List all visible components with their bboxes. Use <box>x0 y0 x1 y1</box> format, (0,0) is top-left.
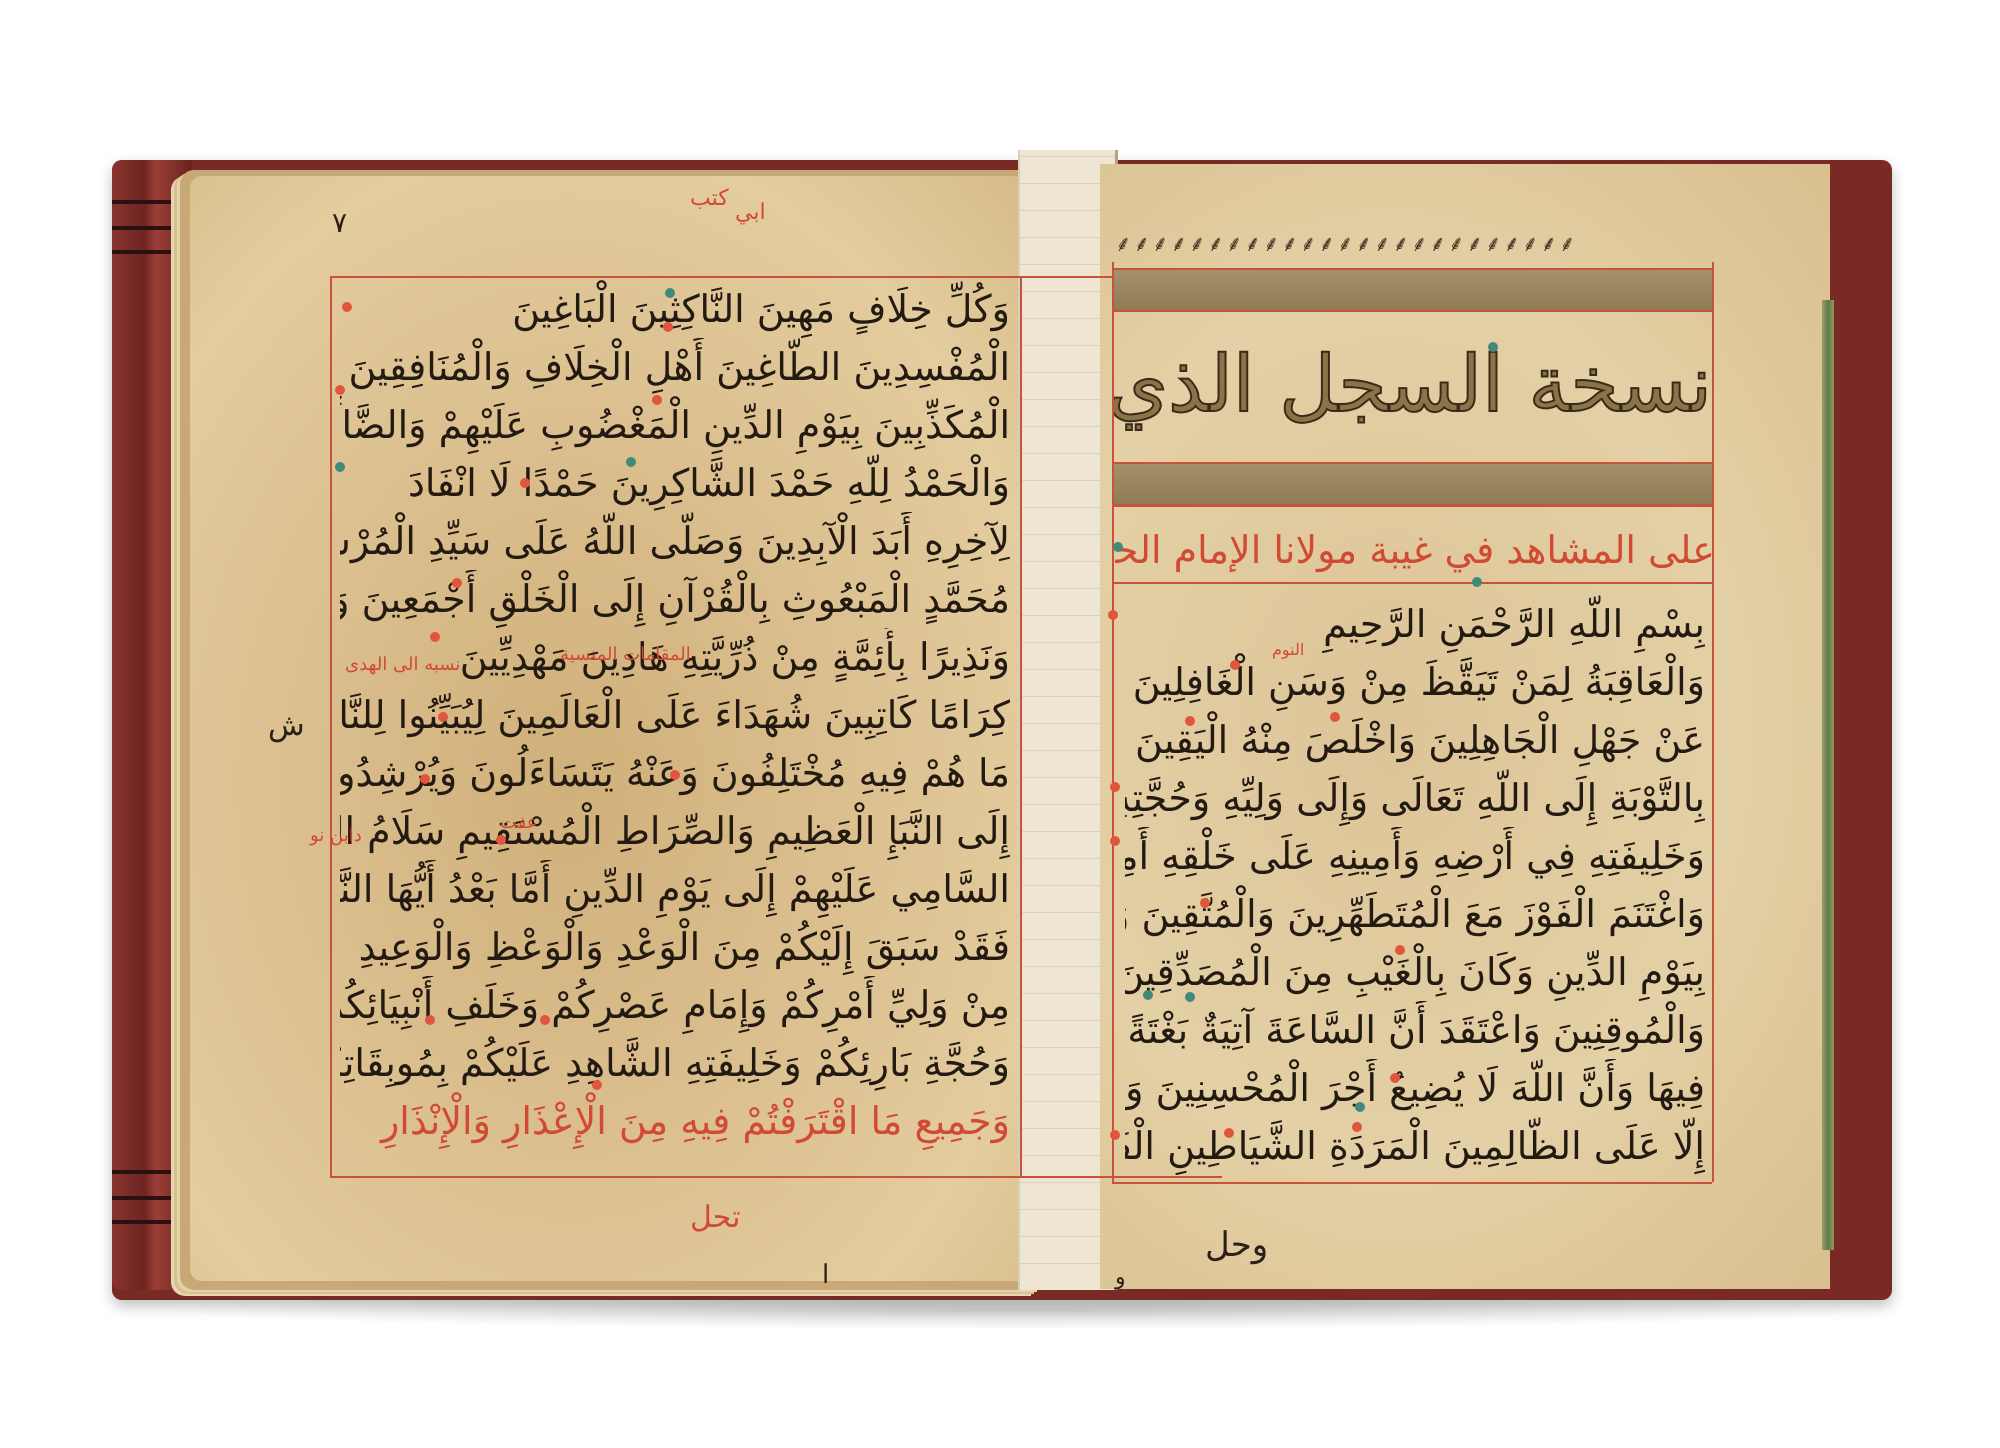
left-frame-right <box>1020 276 1022 1176</box>
verse-dot <box>1230 660 1240 670</box>
spine-rule <box>112 226 187 230</box>
interlinear-note: النوم <box>1272 640 1304 659</box>
verse-dot <box>1185 992 1195 1002</box>
verse-dot <box>626 457 636 467</box>
verse-dot <box>1488 342 1498 352</box>
rubric-subtitle: على المشاهد في غيبة مولانا الإمام الحاكم <box>1115 520 1715 580</box>
verse-dot <box>430 632 440 642</box>
verse-dot <box>496 835 506 845</box>
text-line: مُحَمَّدٍ الْمَبْعُوثِ بِالْقُرْآنِ إِلَ… <box>340 570 1010 628</box>
gold-band-bottom <box>1112 462 1712 506</box>
margin-note: ش <box>268 708 305 743</box>
spine-rule <box>112 1220 187 1224</box>
interlinear-note: المقامات المنسية <box>560 644 691 665</box>
verse-dot <box>652 395 662 405</box>
page-edge-green <box>1822 300 1834 1250</box>
spine-rule <box>112 200 187 204</box>
text-line: الْمُكَذِّبِينَ بِيَوْمِ الدِّينِ الْمَغ… <box>340 396 1010 454</box>
right-page-text: بِسْمِ اللَّهِ الرَّحْمَنِ الرَّحِيمِ وَ… <box>1125 595 1705 1175</box>
verse-dot <box>1224 1128 1234 1138</box>
text-line: وَالْعَاقِبَةُ لِمَنْ تَيَقَّظَ مِنْ وَس… <box>1125 653 1705 711</box>
verse-dot <box>663 322 673 332</box>
right-frame-left <box>1112 262 1114 1182</box>
right-frame-right <box>1712 262 1714 1182</box>
gold-band-top <box>1112 268 1712 312</box>
verse-dot <box>1355 1102 1365 1112</box>
header-rule <box>1112 582 1712 584</box>
verse-dot <box>1185 716 1195 726</box>
verse-dot <box>1110 782 1120 792</box>
text-line: وَحُجَّةِ بَارِئِكُمْ وَخَلِيفَتِهِ الشَ… <box>340 1034 1010 1092</box>
text-line: وَخَلِيفَتِهِ فِي أَرْضِهِ وَأَمِينِهِ ع… <box>1125 827 1705 885</box>
verse-dot <box>1390 1073 1400 1083</box>
verse-dot <box>1330 712 1340 722</box>
verse-dot <box>1108 610 1118 620</box>
text-line: إِلَّا عَلَى الظَّالِمِينَ الْمَرَدَةِ ا… <box>1125 1117 1705 1175</box>
verse-dot <box>335 385 345 395</box>
bottom-mark: و <box>1115 1265 1126 1290</box>
verse-dot <box>1200 898 1210 908</box>
verse-dot <box>342 302 352 312</box>
verse-dot <box>452 578 462 588</box>
text-line: عَنْ جَهْلِ الْجَاهِلِينَ وَاخْلَصَ مِنْ… <box>1125 711 1705 769</box>
bottom-mark: ا <box>822 1260 829 1290</box>
text-line-rubric: وَجَمِيعِ مَا اقْتَرَفْتُمْ فِيهِ مِنَ ا… <box>340 1092 1010 1150</box>
left-frame-left <box>330 276 332 1176</box>
verse-dot <box>520 478 530 488</box>
interlinear-note: نسبه الى الهدى <box>345 654 460 675</box>
verse-dot <box>1395 945 1405 955</box>
text-line: وَالْحَمْدُ لِلَّهِ حَمْدَ الشَّاكِرِينَ… <box>340 454 1010 512</box>
text-line: السَّامِي عَلَيْهِمْ إِلَى يَوْمِ الدِّي… <box>340 860 1010 918</box>
folio-mark: ٧ <box>332 206 347 239</box>
verse-dot <box>540 1015 550 1025</box>
text-line: فِيهَا وَأَنَّ اللَّهَ لَا يُضِيعُ أَجْر… <box>1125 1059 1705 1117</box>
verse-dot <box>670 770 680 780</box>
catchword-right: وحل <box>1205 1225 1268 1265</box>
interlinear-note: عفت <box>500 812 538 833</box>
verse-dot <box>1113 542 1123 552</box>
verse-dot <box>420 774 430 784</box>
margin-note: كتب <box>690 186 729 211</box>
text-line: بِالتَّوْبَةِ إِلَى اللَّهِ تَعَالَى وَإ… <box>1125 769 1705 827</box>
illuminated-title: نسخة السجل الذي وجد معلقا <box>1112 320 1712 450</box>
left-frame-top <box>330 276 1222 278</box>
verse-dot <box>335 462 345 472</box>
verse-dot <box>425 1015 435 1025</box>
text-line: إِلَى النَّبَإِ الْعَظِيمِ وَالصِّرَاطِ … <box>340 802 1010 860</box>
left-frame-bottom <box>330 1176 1222 1178</box>
verse-dot <box>665 288 675 298</box>
interlinear-note: دابن نو <box>310 825 362 846</box>
verse-dot <box>592 1080 602 1090</box>
text-line: فَقَدْ سَبَقَ إِلَيْكُمْ مِنَ الْوَعْدِ … <box>340 918 1010 976</box>
catchword-left: تحل <box>690 1200 740 1235</box>
text-line: الْمُفْسِدِينَ الطَّاغِينَ أَهْلِ الْخِل… <box>340 338 1010 396</box>
verse-dot <box>438 712 448 722</box>
right-frame-bottom <box>1112 1182 1712 1184</box>
verse-dot <box>1352 1122 1362 1132</box>
text-line: وَالْمُوقِنِينَ وَاعْتَقَدَ أَنَّ السَّا… <box>1125 1001 1705 1059</box>
spine-rule <box>112 1196 187 1200</box>
basmala: بِسْمِ اللَّهِ الرَّحْمَنِ الرَّحِيمِ <box>1125 595 1705 653</box>
ornamental-border: ⸙⸙⸙⸙⸙⸙⸙⸙⸙⸙⸙⸙⸙⸙⸙⸙⸙⸙⸙⸙⸙⸙⸙⸙⸙ <box>1115 228 1715 264</box>
verse-dot <box>1472 577 1482 587</box>
text-line: بِيَوْمِ الدِّينِ وَكَانَ بِالْغَيْبِ مِ… <box>1125 943 1705 1001</box>
header-rule <box>1112 505 1712 507</box>
text-line: وَكُلِّ خِلَافٍ مَهِينَ النَّاكِثِينَ ال… <box>340 280 1010 338</box>
spine-rule <box>112 1170 187 1174</box>
verse-dot <box>1110 836 1120 846</box>
margin-note: ابي <box>735 200 766 225</box>
verse-dot <box>1143 990 1153 1000</box>
text-line: مِنْ وَلِيِّ أَمْرِكُمْ وَإِمَامِ عَصْرِ… <box>340 976 1010 1034</box>
text-line: لِآخِرِهِ أَبَدَ الْآبِدِينَ وَصَلَّى ال… <box>340 512 1010 570</box>
spine-rule <box>112 250 187 254</box>
text-line: وَاغْتَنَمَ الْفَوْزَ مَعَ الْمُتَطَهِّر… <box>1125 885 1705 943</box>
verse-dot <box>1110 1130 1120 1140</box>
